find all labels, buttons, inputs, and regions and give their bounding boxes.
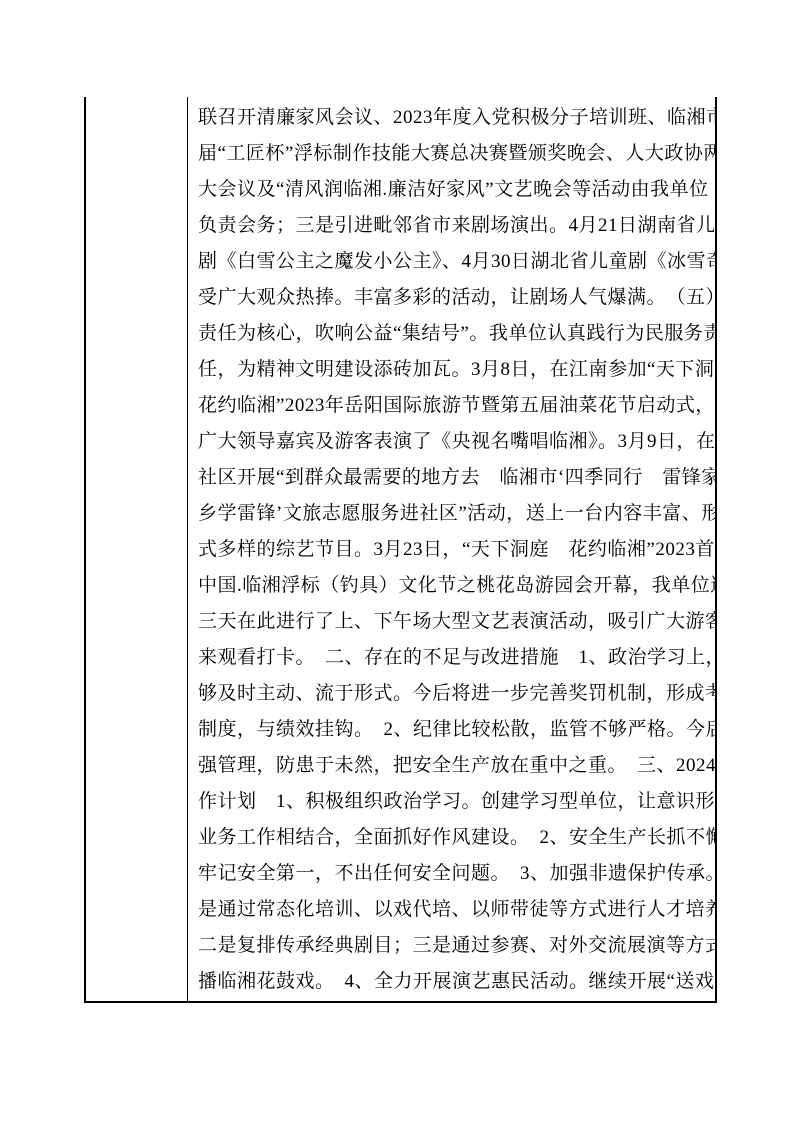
text-line: 牢记安全第一，不出任何安全问题。 3、加强非遗保护传承。一	[198, 856, 705, 892]
text-line: 业务工作相结合，全面抓好作风建设。 2、安全生产长抓不懈。	[198, 820, 705, 856]
text-line: 广大领导嘉宾及游客表演了《央视名嘴唱临湘》。3月9日，在桥头	[198, 424, 705, 460]
text-line: 花约临湘”2023年岳阳国际旅游节暨第五届油菜花节启动式，为	[198, 388, 705, 424]
report-table: 联召开清廉家风会议、2023年度入党积极分子培训班、临湘市首届“工匠杯”浮标制作…	[84, 97, 717, 1003]
text-line: 中国.临湘浮标（钓具）文化节之桃花岛游园会开幕，我单位连续	[198, 568, 705, 604]
text-line: 三天在此进行了上、下午场大型文艺表演活动，吸引广大游客前	[198, 604, 705, 640]
text-line: 责任为核心，吹响公益“集结号”。我单位认真践行为民服务责	[198, 316, 705, 352]
text-line: 剧《白雪公主之魔发小公主》、4月30日湖北省儿童剧《冰雪奇缘》	[198, 244, 705, 280]
text-line: 作计划 1、积极组织政治学习。创建学习型单位，让意识形态和	[198, 784, 705, 820]
text-line: 任，为精神文明建设添砖加瓦。3月8日，在江南参加“天下洞庭	[198, 352, 705, 388]
text-line: 受广大观众热捧。丰富多彩的活动，让剧场人气爆满。 （五）以	[198, 280, 705, 316]
text-line: 强管理，防患于未然，把安全生产放在重中之重。 三、2024年工	[198, 748, 705, 784]
text-line: 制度，与绩效挂钩。 2、纪律比较松散，监管不够严格。今后加	[198, 712, 705, 748]
table-row-header-cell	[86, 97, 188, 1001]
text-line: 够及时主动、流于形式。今后将进一步完善奖罚机制，形成考核	[198, 676, 705, 712]
text-line: 届“工匠杯”浮标制作技能大赛总决赛暨颁奖晚会、人大政协两	[198, 136, 705, 172]
document-page: 联召开清廉家风会议、2023年度入党积极分子培训班、临湘市首届“工匠杯”浮标制作…	[0, 0, 794, 1122]
text-line: 播临湘花鼓戏。 4、全力开展演艺惠民活动。继续开展“送戏曲	[198, 964, 705, 1000]
text-line: 负责会务；三是引进毗邻省市来剧场演出。4月21日湖南省儿童	[198, 208, 705, 244]
text-line: 式多样的综艺节目。3月23日，“天下洞庭 花约临湘”2023首届	[198, 532, 705, 568]
text-line: 社区开展“到群众最需要的地方去 临湘市‘四季同行 雷锋家	[198, 460, 705, 496]
text-line: 二是复排传承经典剧目；三是通过参赛、对外交流展演等方式传	[198, 928, 705, 964]
text-line: 乡学雷锋’文旅志愿服务进社区”活动，送上一台内容丰富、形	[198, 496, 705, 532]
text-line: 来观看打卡。 二、存在的不足与改进措施 1、政治学习上，不	[198, 640, 705, 676]
text-line: 大会议及“清风润临湘.廉洁好家风”文艺晚会等活动由我单位	[198, 172, 705, 208]
text-line: 是通过常态化培训、以戏代培、以师带徒等方式进行人才培养；	[198, 892, 705, 928]
text-line: 联召开清廉家风会议、2023年度入党积极分子培训班、临湘市首	[198, 100, 705, 136]
table-content-cell: 联召开清廉家风会议、2023年度入党积极分子培训班、临湘市首届“工匠杯”浮标制作…	[188, 97, 715, 1001]
